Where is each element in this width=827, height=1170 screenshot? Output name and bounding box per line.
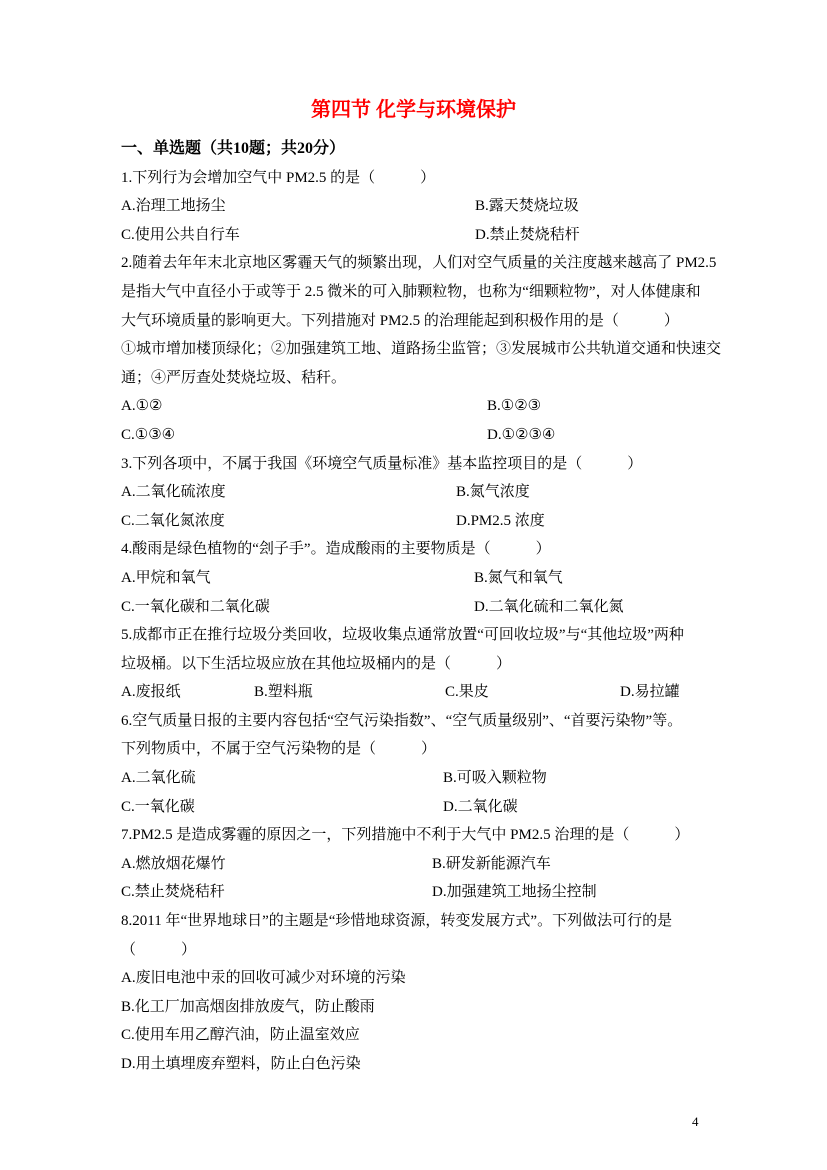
question-7-stem-line-1: 7.PM2.5 是造成雾霾的原因之一，下列措施中不利于大气中 PM2.5 治理的… <box>0 821 827 850</box>
question-7-option-a: A.燃放烟花爆竹 <box>121 850 226 879</box>
question-7-option-d: D.加强建筑工地扬尘控制 <box>432 878 597 907</box>
question-8: 8.2011 年“世界地球日”的主题是“珍惜地球资源，转变发展方式”。下列做法可… <box>0 907 827 1079</box>
question-4: 4.酸雨是绿色植物的“刽子手”。造成酸雨的主要物质是（ ）A.甲烷和氧气B.氮气… <box>0 535 827 621</box>
question-4-option-b: B.氮气和氧气 <box>474 564 563 593</box>
question-4-option-a: A.甲烷和氧气 <box>121 564 211 593</box>
question-6: 6.空气质量日报的主要内容包括“空气污染指数”、“空气质量级别”、“首要污染物”… <box>0 707 827 821</box>
question-8-stem-line-2: （ ） <box>0 936 827 965</box>
question-2-stem-line-3: 大气环境质量的影响更大。下列措施对 PM2.5 的治理能起到积极作用的是（ ） <box>0 307 827 336</box>
question-2-options-row-1: A.①②B.①②③ <box>0 392 827 421</box>
question-2-option-b: B.①②③ <box>487 392 541 421</box>
question-1-option-c: C.使用公共自行车 <box>121 221 240 250</box>
question-5-stem-line-1: 5.成都市正在推行垃圾分类回收，垃圾收集点通常放置“可回收垃圾”与“其他垃圾”两… <box>0 621 827 650</box>
question-6-option-c: C.一氧化碳 <box>121 793 195 822</box>
question-4-option-c: C.一氧化碳和二氧化碳 <box>121 593 270 622</box>
question-2-option-c: C.①③④ <box>121 421 175 450</box>
document-page: 第四节 化学与环境保护 一、单选题（共10题；共20分） 1.下列行为会增加空气… <box>0 0 827 1170</box>
question-2-stem-line-2: 是指大气中直径小于或等于 2.5 微米的可入肺颗粒物，也称为“细颗粒物”，对人体… <box>0 278 827 307</box>
question-2-option-d: D.①②③④ <box>487 421 555 450</box>
question-3-options-row-2: C.二氧化氮浓度D.PM2.5 浓度 <box>0 507 827 536</box>
question-3-stem-line-1: 3.下列各项中，不属于我国《环境空气质量标准》基本监控项目的是（ ） <box>0 450 827 479</box>
question-2: 2.随着去年年末北京地区雾霾天气的频繁出现，人们对空气质量的关注度越来越高了 P… <box>0 249 827 449</box>
question-5-option-c: C.果皮 <box>445 678 489 707</box>
question-1-options-row-2: C.使用公共自行车D.禁止焚烧秸杆 <box>0 221 827 250</box>
question-3-options-row-1: A.二氧化硫浓度B.氮气浓度 <box>0 478 827 507</box>
question-8-option-a: A.废旧电池中汞的回收可减少对环境的污染 <box>0 964 827 993</box>
question-4-options-row-1: A.甲烷和氧气B.氮气和氧气 <box>0 564 827 593</box>
question-5: 5.成都市正在推行垃圾分类回收，垃圾收集点通常放置“可回收垃圾”与“其他垃圾”两… <box>0 621 827 707</box>
question-1: 1.下列行为会增加空气中 PM2.5 的是（ ）A.治理工地扬尘B.露天焚烧垃圾… <box>0 164 827 250</box>
question-7-option-b: B.研发新能源汽车 <box>432 850 551 879</box>
question-1-options-row-1: A.治理工地扬尘B.露天焚烧垃圾 <box>0 192 827 221</box>
question-3-option-b: B.氮气浓度 <box>456 478 530 507</box>
question-4-options-row-2: C.一氧化碳和二氧化碳D.二氧化硫和二氧化氮 <box>0 593 827 622</box>
question-6-option-b: B.可吸入颗粒物 <box>443 764 547 793</box>
question-6-stem-line-2: 下列物质中，不属于空气污染物的是（ ） <box>0 735 827 764</box>
question-7-options-row-2: C.禁止焚烧秸秆D.加强建筑工地扬尘控制 <box>0 878 827 907</box>
question-7: 7.PM2.5 是造成雾霾的原因之一，下列措施中不利于大气中 PM2.5 治理的… <box>0 821 827 907</box>
question-1-option-a: A.治理工地扬尘 <box>121 192 226 221</box>
question-3: 3.下列各项中，不属于我国《环境空气质量标准》基本监控项目的是（ ）A.二氧化硫… <box>0 450 827 536</box>
question-8-option-b: B.化工厂加高烟囱排放废气，防止酸雨 <box>0 993 827 1022</box>
question-3-option-c: C.二氧化氮浓度 <box>121 507 225 536</box>
question-5-option-a: A.废报纸 <box>121 678 181 707</box>
question-5-stem-line-2: 垃圾桶。以下生活垃圾应放在其他垃圾桶内的是（ ） <box>0 650 827 679</box>
question-3-option-a: A.二氧化硫浓度 <box>121 478 226 507</box>
section-heading: 一、单选题（共10题；共20分） <box>0 135 827 164</box>
question-1-stem-line-1: 1.下列行为会增加空气中 PM2.5 的是（ ） <box>0 164 827 193</box>
question-5-option-b: B.塑料瓶 <box>254 678 313 707</box>
questions-container: 1.下列行为会增加空气中 PM2.5 的是（ ）A.治理工地扬尘B.露天焚烧垃圾… <box>0 164 827 1079</box>
question-4-option-d: D.二氧化硫和二氧化氮 <box>474 593 624 622</box>
doc-title: 第四节 化学与环境保护 <box>0 96 827 124</box>
question-2-option-a: A.①② <box>121 392 162 421</box>
question-6-option-d: D.二氧化碳 <box>443 793 518 822</box>
page-number: 4 <box>692 1114 699 1130</box>
question-2-stem-line-4: ①城市增加楼顶绿化；②加强建筑工地、道路扬尘监管；③发展城市公共轨道交通和快速交 <box>0 335 827 364</box>
question-5-option-d: D.易拉罐 <box>620 678 680 707</box>
question-1-option-d: D.禁止焚烧秸杆 <box>475 221 580 250</box>
question-8-option-d: D.用土填埋废弃塑料，防止白色污染 <box>0 1050 827 1079</box>
question-2-options-row-2: C.①③④D.①②③④ <box>0 421 827 450</box>
question-7-options-row-1: A.燃放烟花爆竹B.研发新能源汽车 <box>0 850 827 879</box>
question-6-options-row-1: A.二氧化硫B.可吸入颗粒物 <box>0 764 827 793</box>
question-3-option-d: D.PM2.5 浓度 <box>456 507 545 536</box>
question-2-stem-line-1: 2.随着去年年末北京地区雾霾天气的频繁出现，人们对空气质量的关注度越来越高了 P… <box>0 249 827 278</box>
question-8-option-c: C.使用车用乙醇汽油，防止温室效应 <box>0 1021 827 1050</box>
question-6-option-a: A.二氧化硫 <box>121 764 196 793</box>
question-6-stem-line-1: 6.空气质量日报的主要内容包括“空气污染指数”、“空气质量级别”、“首要污染物”… <box>0 707 827 736</box>
question-4-stem-line-1: 4.酸雨是绿色植物的“刽子手”。造成酸雨的主要物质是（ ） <box>0 535 827 564</box>
question-6-options-row-2: C.一氧化碳D.二氧化碳 <box>0 793 827 822</box>
question-1-option-b: B.露天焚烧垃圾 <box>475 192 579 221</box>
question-8-stem-line-1: 8.2011 年“世界地球日”的主题是“珍惜地球资源，转变发展方式”。下列做法可… <box>0 907 827 936</box>
question-2-stem-line-5: 通；④严厉查处焚烧垃圾、秸秆。 <box>0 364 827 393</box>
question-7-option-c: C.禁止焚烧秸秆 <box>121 878 225 907</box>
question-5-options-row: A.废报纸B.塑料瓶C.果皮D.易拉罐 <box>0 678 827 707</box>
